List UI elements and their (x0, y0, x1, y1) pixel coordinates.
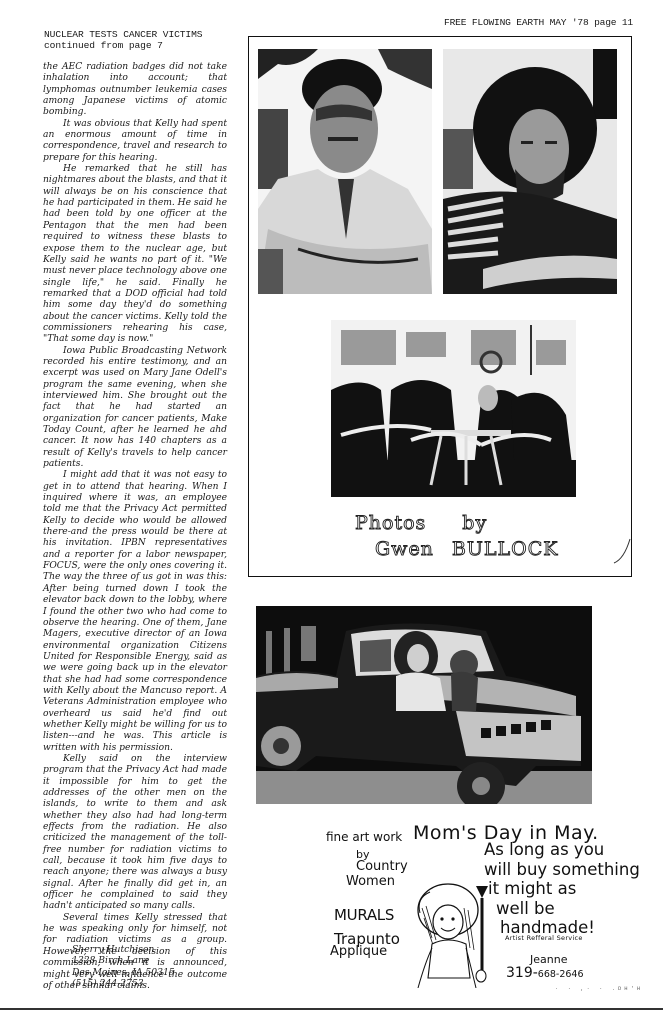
scan-artifact-mark: · · ,· · .DH'H (555, 985, 643, 992)
continued-from: continued from page 7 (44, 40, 202, 51)
author-name: Sherry Hutchison (72, 944, 175, 955)
ad-country-text: Country (356, 860, 408, 873)
article-title: NUCLEAR TESTS CANCER VICTIMS (44, 29, 202, 40)
publication-line: FREE FLOWING EARTH MAY '78 page 11 (444, 17, 633, 28)
moms-day-advertisement: fine art work Mom's Day in May. by Count… (320, 818, 650, 988)
photographer-first-name: Gwen (375, 538, 434, 560)
photo-women-on-pickup-truck (256, 606, 592, 804)
photo-credit-caption: Photosby GwenBULLOCK (355, 510, 615, 562)
ad-phone-number: 668-2646 (538, 969, 584, 980)
caption-word: Photos (355, 512, 426, 534)
photo-portrait-man-curly-hair (443, 49, 617, 294)
ad-applique-text: Applique (330, 944, 387, 959)
author-phone: (515) 244-2753 (72, 978, 175, 989)
ad-slogan-line: it might as (484, 879, 640, 899)
ad-murals-text: MURALS (334, 906, 394, 924)
article-body: the AEC radiation badges did not take in… (43, 62, 227, 992)
pen-stroke-mark (612, 535, 632, 565)
author-signature: Sherry Hutchison 1328 Birch Lane Des Moi… (72, 944, 175, 989)
article-paragraph: the AEC radiation badges did not take in… (43, 62, 227, 119)
ad-phone-area: 319- (506, 965, 538, 981)
article-paragraph: He remarked that he still has nightmares… (43, 164, 227, 346)
author-city: Des Moines, IA 50315 (72, 967, 175, 978)
author-street: 1328 Birch Lane (72, 955, 175, 966)
ad-referral-service: Artist Refferal Service (505, 934, 583, 942)
ad-contact-phone: 319-668-2646 (506, 965, 584, 981)
ad-slogan-line: will buy something (484, 860, 640, 880)
ad-slogan: As long as you will buy something it mig… (484, 840, 640, 938)
photographer-last-name: BULLOCK (452, 538, 559, 560)
caption-word: by (462, 512, 487, 534)
article-paragraph: Iowa Public Broadcasting Network recorde… (43, 346, 227, 471)
article-paragraph: It was obvious that Kelly had spent an e… (43, 119, 227, 164)
article-paragraph: Kelly said on the interview program that… (43, 754, 227, 913)
article-header: NUCLEAR TESTS CANCER VICTIMS continued f… (44, 29, 202, 51)
photo-portrait-man-collared-shirt (258, 49, 432, 294)
ad-women-text: Women (346, 874, 395, 889)
ad-fine-art-text: fine art work (326, 830, 402, 844)
article-paragraph: I might add that it was not easy to get … (43, 470, 227, 754)
ad-slogan-line: As long as you (484, 840, 640, 860)
girl-with-paintbrush-illustration (410, 878, 498, 988)
ad-slogan-line: well be (484, 899, 640, 919)
page-bottom-rule (0, 1008, 663, 1010)
photo-group-at-table (331, 320, 576, 497)
